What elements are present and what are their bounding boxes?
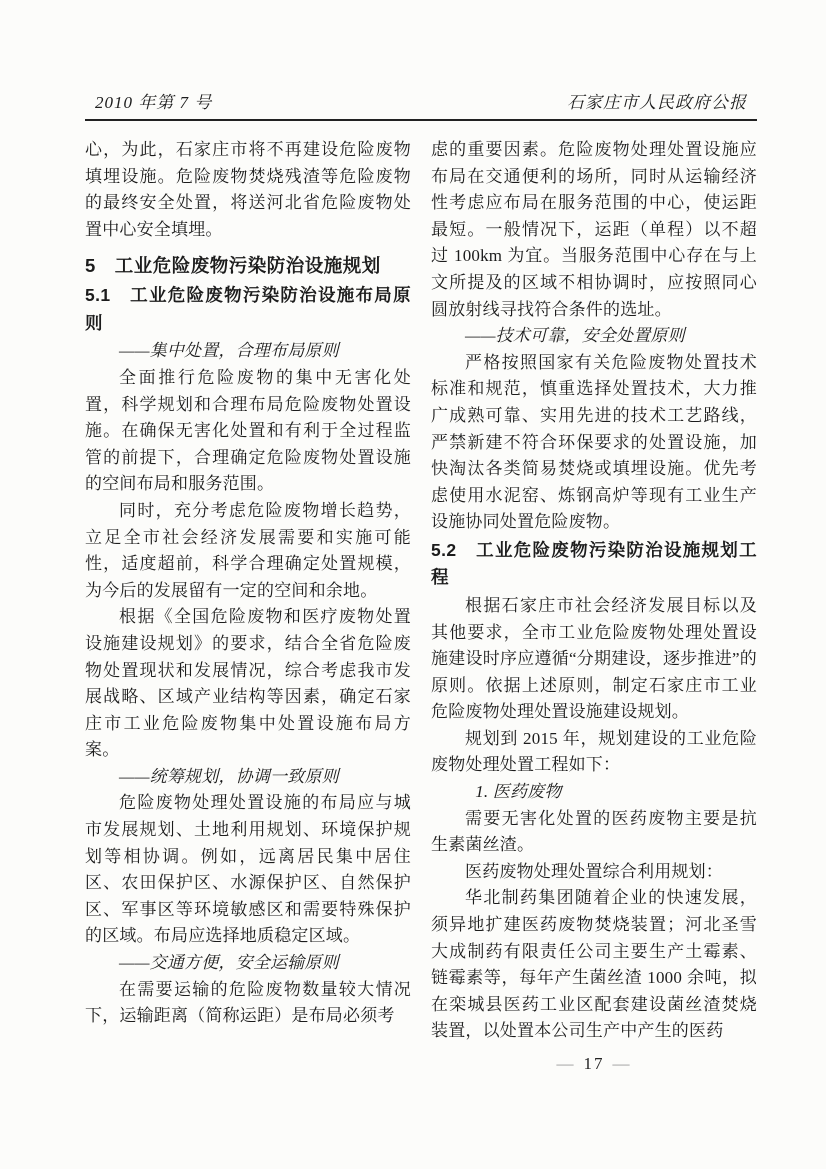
page-number-dash-right: — bbox=[605, 1054, 640, 1073]
right-column: 虑的重要因素。危险废物处理处置设施应布局在交通便利的场所，同时从运输经济性考虑应… bbox=[431, 137, 757, 1074]
paragraph: 同时，充分考虑危险废物增长趋势，立足全市社会经济发展需要和实施可能性，适度超前，… bbox=[85, 498, 411, 604]
list-item-heading: 1. 医药废物 bbox=[431, 779, 757, 806]
paragraph: 心，为此，石家庄市将不再建设危险废物填埋设施。危险废物焚烧残渣等危险废物的最终安… bbox=[85, 137, 411, 243]
issue-number: 2010 年第 7 号 bbox=[95, 88, 212, 113]
subsection-heading-5-1: 5.1 工业危险废物污染防治设施布局原则 bbox=[85, 282, 411, 337]
principle-line: ——技术可靠，安全处置原则 bbox=[431, 323, 757, 350]
principle-line: ——集中处置，合理布局原则 bbox=[85, 338, 411, 365]
paragraph: 规划到 2015 年，规划建设的工业危险废物处理处置工程如下： bbox=[431, 726, 757, 779]
page-number-dash-left: — bbox=[549, 1054, 584, 1073]
principle-line: ——统筹规划，协调一致原则 bbox=[85, 764, 411, 791]
paragraph: 医药废物处理处置综合利用规划： bbox=[431, 859, 757, 886]
header-rule bbox=[85, 119, 757, 121]
paragraph: 危险废物处理处置设施的布局应与城市发展规划、土地利用规划、环境保护规划等相协调。… bbox=[85, 790, 411, 950]
paragraph: 华北制药集团随着企业的快速发展，须异地扩建医药废物焚烧装置；河北圣雪大成制药有限… bbox=[431, 885, 757, 1045]
paragraph: 全面推行危险废物的集中无害化处置，科学规划和合理布局危险废物处置设施。在确保无害… bbox=[85, 365, 411, 498]
left-column: 心，为此，石家庄市将不再建设危险废物填埋设施。危险废物焚烧残渣等危险废物的最终安… bbox=[85, 137, 411, 1074]
paragraph: 虑的重要因素。危险废物处理处置设施应布局在交通便利的场所，同时从运输经济性考虑应… bbox=[431, 137, 757, 323]
section-heading-5: 5 工业危险废物污染防治设施规划 bbox=[85, 252, 411, 279]
paragraph: 严格按照国家有关危险废物处置技术标准和规范，慎重选择处置技术，大力推广成熟可靠、… bbox=[431, 350, 757, 536]
principle-line: ——交通方便，安全运输原则 bbox=[85, 950, 411, 977]
body-columns: 心，为此，石家庄市将不再建设危险废物填埋设施。危险废物焚烧残渣等危险废物的最终安… bbox=[85, 137, 757, 1074]
gazette-page: 2010 年第 7 号 石家庄市人民政府公报 心，为此，石家庄市将不再建设危险废… bbox=[0, 0, 826, 1169]
running-header: 2010 年第 7 号 石家庄市人民政府公报 bbox=[85, 88, 757, 119]
paragraph: 根据石家庄市社会经济发展目标以及其他要求，全市工业危险废物处理处置设施建设时序应… bbox=[431, 593, 757, 726]
page-number: —17— bbox=[431, 1054, 757, 1074]
paragraph: 需要无害化处置的医药废物主要是抗生素菌丝渣。 bbox=[431, 806, 757, 859]
paragraph: 在需要运输的危险废物数量较大情况下，运输距离（简称运距）是布局必须考 bbox=[85, 977, 411, 1030]
paragraph: 根据《全国危险废物和医疗废物处置设施建设规划》的要求，结合全省危险废物处置现状和… bbox=[85, 604, 411, 764]
gazette-title: 石家庄市人民政府公报 bbox=[567, 88, 747, 113]
page-number-value: 17 bbox=[584, 1054, 605, 1073]
subsection-heading-5-2: 5.2 工业危险废物污染防治设施规划工程 bbox=[431, 537, 757, 592]
